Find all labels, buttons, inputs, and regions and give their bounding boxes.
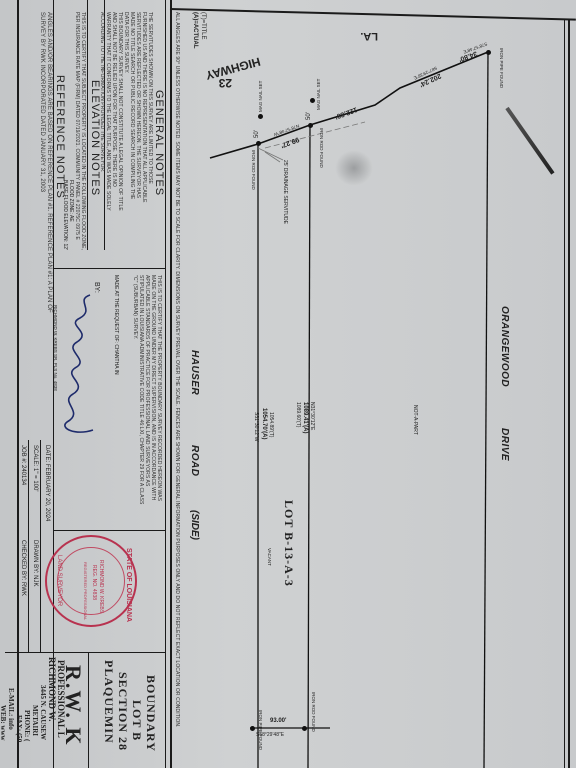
right-line-actual: 1089.41'(A): [302, 402, 308, 433]
iron-rod-found-bottom-marker: [302, 726, 307, 731]
survey-plat-sheet: ALL ANGLES ARE 90° UNLESS OTHERWISE NOTE…: [0, 0, 576, 768]
highway-number: 23: [219, 76, 232, 90]
iron-rod-found-marker-2: [308, 123, 313, 128]
iron-rod-found-label-1: IRON ROD FOUND: [251, 150, 256, 190]
right-line-bearing: N31°30'12"E: [309, 402, 315, 430]
iron-pipe-found-marker: [486, 50, 491, 55]
plat-linework: [0, 0, 576, 768]
iron-rod-found-label-2: IRON ROD FOUND: [319, 128, 324, 168]
hauser-road-suffix: ROAD: [189, 445, 200, 476]
iron-pipe-found-bottom-marker: [250, 726, 255, 731]
iron-pipe-found-bottom-label: IRON PIPE FOUND: [258, 710, 263, 750]
highway-label-la: LA.: [360, 30, 378, 42]
mag-nail-set-marker-2: [310, 98, 315, 103]
orangewood-drive-label: ORANGEWOOD: [499, 306, 510, 387]
iron-rod-found-marker-1: [256, 141, 261, 146]
offset-label-2: 50': [306, 112, 312, 120]
left-line-title: 1054.89'(T): [268, 412, 274, 437]
right-line-title: 1089.60'(T): [295, 402, 301, 427]
paper-smudge: [335, 150, 373, 186]
not-a-part-label: NOT-A-PART: [412, 405, 418, 435]
lot-name: LOT B-13-A-3: [281, 500, 296, 587]
hauser-road-side-note: (SIDE): [189, 510, 200, 540]
orangewood-drive-suffix: DRIVE: [499, 428, 510, 461]
bottom-line-distance: 93.00': [270, 718, 286, 724]
lot-status: VACANT: [267, 548, 272, 566]
offset-label-1: 50': [254, 130, 260, 138]
hauser-road-label: HAUSER: [189, 350, 200, 395]
mag-nail-set-marker-1: [258, 114, 263, 119]
left-line-bearing: S31°30'12"W: [253, 412, 259, 441]
mag-nail-set-label-2: MAG NAIL SET: [316, 79, 321, 110]
drainage-servitude-label: 25' DRAINAGE SERVITUDE: [282, 160, 288, 224]
iron-rod-found-bottom-label: IRON ROD FOUND: [311, 692, 316, 732]
mag-nail-set-label-1: MAG NAIL SET: [258, 81, 263, 112]
left-line-actual: 1054.70'(A): [261, 408, 267, 439]
iron-pipe-found-label: IRON PIPE FOUND: [499, 48, 504, 88]
